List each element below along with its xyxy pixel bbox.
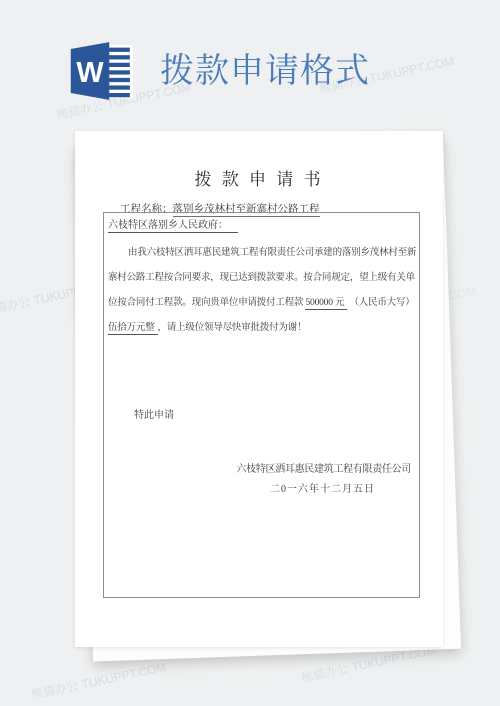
body-line-3-text: 位按合同付工程款。现向贵单位申请拨付工程款: [108, 298, 305, 308]
body-line-3: 位按合同付工程款。现向贵单位申请拨付工程款 500000 元 （人民币大写）: [108, 291, 415, 316]
body-line-1: 由我六枝特区洒耳惠民建筑工程有限责任公司承建的落别乡茂林村至新: [108, 241, 415, 266]
word-file-icon: W: [68, 40, 134, 102]
closing-phrase: 特此申请: [134, 409, 415, 422]
watermark-text: 熊猫办公 TUKUPPT.COM: [30, 658, 168, 703]
body-line-3-suffix: （人民币大写）: [347, 298, 414, 308]
document-body-box: 六枝特区落别乡人民政府： 由我六枝特区洒耳惠民建筑工程有限责任公司承建的落别乡茂…: [103, 212, 420, 598]
svg-text:W: W: [76, 57, 104, 89]
greeting-line: 六枝特区落别乡人民政府：: [108, 219, 415, 232]
signature-date: 二0一六年十二月五日: [108, 484, 415, 496]
signature-company: 六枝特区洒耳惠民建筑工程有限责任公司: [108, 464, 415, 476]
page-background: 熊猫办公 TUKUPPT.COM 熊猫办公 TUKUPPT.COM 熊猫办公 T…: [0, 0, 500, 706]
body-line-4: 伍拾万元整，请上级位领导尽快审批拨付为谢！: [108, 316, 415, 341]
greeting-text: 六枝特区落别乡人民政府：: [108, 220, 238, 233]
file-header: W 拨款申请格式: [68, 40, 370, 102]
amount-figures: 500000 元: [305, 298, 347, 310]
page-title: 拨款申请格式: [160, 54, 370, 88]
body-line-2: 寨村公路工程按合同要求，现已达到拨款要求。按合同规定，望上级有关单: [108, 266, 415, 291]
document-title: 拨 款 申 请 书: [75, 131, 443, 190]
amount-in-words: 伍拾万元整: [108, 323, 158, 335]
body-line-4-suffix: ，请上级位领导尽快审批拨付为谢！: [158, 323, 307, 333]
document-page: 拨 款 申 请 书 工程名称：落别乡茂林村至新寨村公路工程 六枝特区落别乡人民政…: [75, 131, 443, 647]
